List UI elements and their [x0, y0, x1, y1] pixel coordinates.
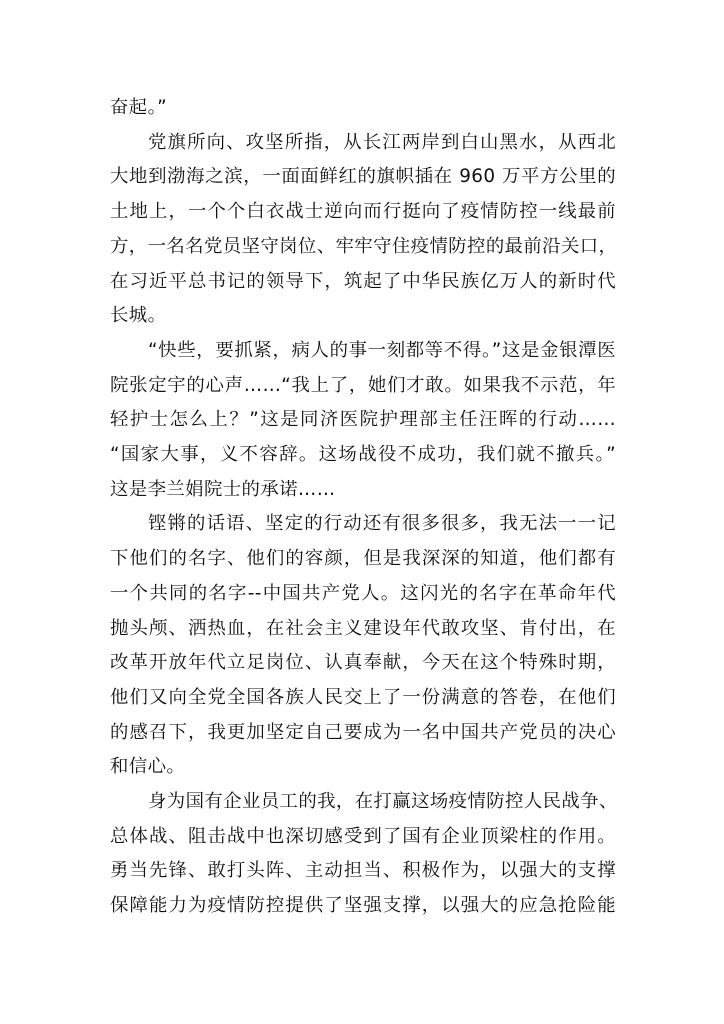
- text-line: “快些，要抓紧，病人的事一刻都等不得。”这是金银潭医: [110, 334, 616, 369]
- paragraph-4: 铿锵的话语、坚定的行动还有很多很多，我无法一一记 下他们的名字、他们的容颜，但是…: [110, 507, 616, 785]
- text-line: 党旗所向、攻坚所指，从长江两岸到白山黑水，从西北: [110, 126, 616, 161]
- text-line: 改革开放年代立足岗位、认真奉献，今天在这个特殊时期，: [110, 646, 616, 681]
- text-line: 大地到渤海之滨，一面面鲜红的旗帜插在 960 万平方公里的: [110, 160, 616, 195]
- text-line: 他们又向全党全国各族人民交上了一份满意的答卷，在他们: [110, 681, 616, 716]
- text-line: 院张定宇的心声……“我上了，她们才敢。如果我不示范，年: [110, 369, 616, 404]
- text-line: 和信心。: [110, 750, 616, 785]
- text-line: 保障能力为疫情防控提供了坚强支撑，以强大的应急抢险能: [110, 889, 616, 924]
- paragraph-1: 奋起。”: [110, 91, 616, 126]
- text-line: 一个共同的名字--中国共产党人。这闪光的名字在革命年代: [110, 577, 616, 612]
- text-line: 抛头颅、洒热血，在社会主义建设年代敢攻坚、肯付出，在: [110, 612, 616, 647]
- text-line: 身为国有企业员工的我，在打赢这场疫情防控人民战争、: [110, 785, 616, 820]
- text-line: 铿锵的话语、坚定的行动还有很多很多，我无法一一记: [110, 507, 616, 542]
- text-line: 轻护士怎么上？”这是同济医院护理部主任汪晖的行动……: [110, 403, 616, 438]
- text-line: “国家大事，义不容辞。这场战役不成功，我们就不撤兵。”: [110, 438, 616, 473]
- text-line: 总体战、阻击战中也深切感受到了国有企业顶梁柱的作用。: [110, 820, 616, 855]
- text-line: 下他们的名字、他们的容颜，但是我深深的知道，他们都有: [110, 542, 616, 577]
- text-line: 方，一名名党员坚守岗位、牢牢守住疫情防控的最前沿关口，: [110, 230, 616, 265]
- text-line: 长城。: [110, 299, 616, 334]
- paragraph-2: 党旗所向、攻坚所指，从长江两岸到白山黑水，从西北 大地到渤海之滨，一面面鲜红的旗…: [110, 126, 616, 334]
- text-line: 这是李兰娟院士的承诺……: [110, 473, 616, 508]
- text-line: 的感召下，我更加坚定自己要成为一名中国共产党员的决心: [110, 716, 616, 751]
- paragraph-3: “快些，要抓紧，病人的事一刻都等不得。”这是金银潭医 院张定宇的心声……“我上了…: [110, 334, 616, 508]
- text-line: 在习近平总书记的领导下，筑起了中华民族亿万人的新时代: [110, 265, 616, 300]
- text-line: 土地上，一个个白衣战士逆向而行挺向了疫情防控一线最前: [110, 195, 616, 230]
- paragraph-5: 身为国有企业员工的我，在打赢这场疫情防控人民战争、 总体战、阻击战中也深切感受到…: [110, 785, 616, 924]
- document-page: 奋起。” 党旗所向、攻坚所指，从长江两岸到白山黑水，从西北 大地到渤海之滨，一面…: [110, 91, 616, 924]
- text-line: 奋起。”: [110, 91, 616, 126]
- text-line: 勇当先锋、敢打头阵、主动担当、积极作为，以强大的支撑: [110, 854, 616, 889]
